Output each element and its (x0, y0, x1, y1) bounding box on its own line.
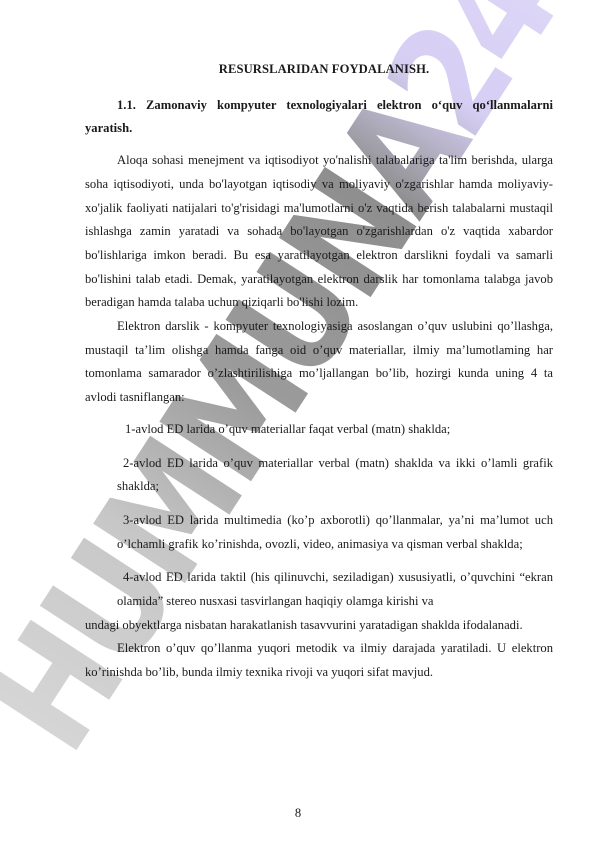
generations-list: 1-avlod ED larida o’quv materiallar faqa… (85, 418, 553, 638)
section-heading: 1.1. Zamonaviy kompyuter texnologiyalari… (85, 94, 553, 141)
generation-4-continuation: undagi obyektlarga nisbatan harakatlanis… (85, 614, 553, 638)
paragraph-closing: Elektron o’quv qo’llanma yuqori metodik … (85, 637, 553, 684)
paragraph-definition: Elektron darslik - kompyuter texnologiya… (85, 315, 553, 410)
page-title: RESURSLARIDAN FOYDALANISH. (85, 58, 553, 82)
document-page: HUMMUNA24 RESURSLARIDAN FOYDALANISH. 1.1… (0, 0, 596, 842)
list-item-generation-4: 4-avlod ED larida taktil (his qilinuvchi… (117, 566, 553, 613)
paragraph-intro: Aloqa sohasi menejment va iqtisodiyot yo… (85, 149, 553, 315)
list-item-generation-2: 2-avlod ED larida o’quv materiallar verb… (117, 452, 553, 499)
list-item-generation-1: 1-avlod ED larida o’quv materiallar faqa… (117, 418, 553, 442)
page-number: 8 (0, 806, 596, 821)
document-body: RESURSLARIDAN FOYDALANISH. 1.1. Zamonavi… (85, 58, 553, 685)
list-item-generation-3: 3-avlod ED larida multimedia (ko’p axbor… (117, 509, 553, 556)
